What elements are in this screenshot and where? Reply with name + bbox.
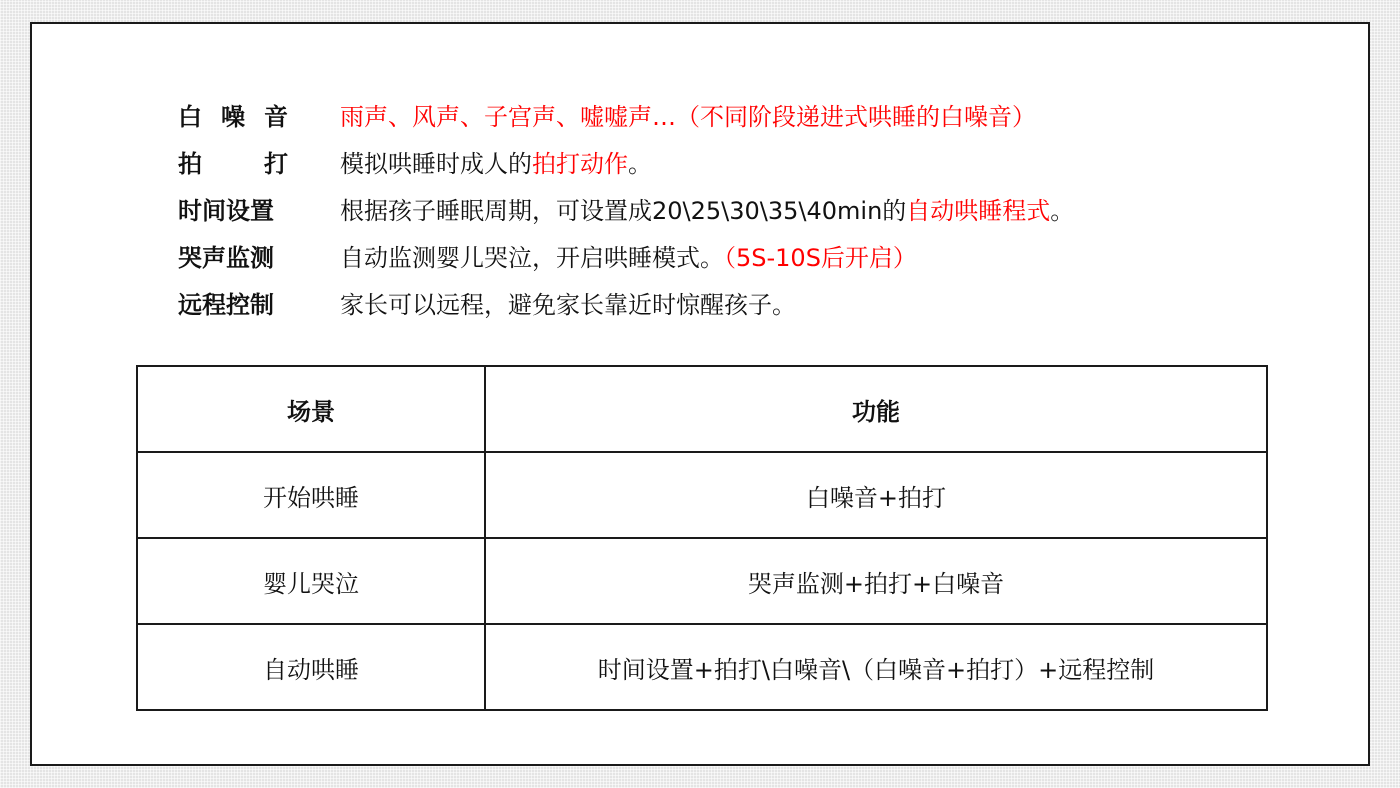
label-char: 打 — [264, 141, 288, 188]
highlight-text: 雨声、风声、子宫声、嘘嘘声…（不同阶段递进式哄睡的白噪音） — [340, 103, 1036, 131]
highlight-text: 自动哄睡程式 — [906, 197, 1050, 225]
table-row: 婴儿哭泣 哭声监测+拍打+白噪音 — [137, 538, 1267, 624]
feature-label: 远程控制 — [178, 282, 340, 329]
cell-function: 时间设置+拍打\白噪音\（白噪音+拍打）+远程控制 — [485, 624, 1267, 710]
feature-description: 模拟哄睡时成人的拍打动作。 — [340, 141, 652, 188]
feature-cry-detection: 哭声监测 自动监测婴儿哭泣，开启哄睡模式。（5S-10S后开启） — [178, 235, 1074, 282]
cell-function: 哭声监测+拍打+白噪音 — [485, 538, 1267, 624]
description-text: 自动监测婴儿哭泣，开启哄睡模式。 — [340, 244, 724, 272]
feature-description: 雨声、风声、子宫声、嘘嘘声…（不同阶段递进式哄睡的白噪音） — [340, 94, 1036, 141]
header-function: 功能 — [485, 366, 1267, 452]
feature-description: 家长可以远程，避免家长靠近时惊醒孩子。 — [340, 282, 796, 329]
label-char: 拍 — [178, 141, 202, 188]
description-text: 家长可以远程，避免家长靠近时惊醒孩子。 — [340, 291, 796, 319]
table-row: 自动哄睡 时间设置+拍打\白噪音\（白噪音+拍打）+远程控制 — [137, 624, 1267, 710]
feature-label: 白 噪 音 — [178, 94, 340, 141]
scene-function-table: 场景 功能 开始哄睡 白噪音+拍打 婴儿哭泣 哭声监测+拍打+白噪音 自动哄睡 … — [136, 365, 1268, 711]
feature-label: 时间设置 — [178, 188, 340, 235]
feature-timer: 时间设置 根据孩子睡眠周期，可设置成20\25\30\35\40min的自动哄睡… — [178, 188, 1074, 235]
feature-description: 根据孩子睡眠周期，可设置成20\25\30\35\40min的自动哄睡程式。 — [340, 188, 1074, 235]
feature-description: 自动监测婴儿哭泣，开启哄睡模式。（5S-10S后开启） — [340, 235, 917, 282]
label-char: 音 — [264, 94, 288, 141]
feature-list: 白 噪 音 雨声、风声、子宫声、嘘嘘声…（不同阶段递进式哄睡的白噪音） 拍 打 … — [178, 94, 1074, 329]
description-text: 根据孩子睡眠周期，可设置成20\25\30\35\40min的 — [340, 197, 906, 225]
feature-white-noise: 白 噪 音 雨声、风声、子宫声、嘘嘘声…（不同阶段递进式哄睡的白噪音） — [178, 94, 1074, 141]
description-text: 模拟哄睡时成人的 — [340, 150, 532, 178]
table-header-row: 场景 功能 — [137, 366, 1267, 452]
description-text: 。 — [1050, 197, 1074, 225]
highlight-text: （5S-10S后开启） — [724, 244, 917, 272]
highlight-text: 拍打动作 — [532, 150, 628, 178]
feature-remote-control: 远程控制 家长可以远程，避免家长靠近时惊醒孩子。 — [178, 282, 1074, 329]
feature-label: 拍 打 — [178, 141, 340, 188]
table-row: 开始哄睡 白噪音+拍打 — [137, 452, 1267, 538]
cell-scene: 开始哄睡 — [137, 452, 485, 538]
cell-function: 白噪音+拍打 — [485, 452, 1267, 538]
cell-scene: 自动哄睡 — [137, 624, 485, 710]
description-text: 。 — [628, 150, 652, 178]
header-scene: 场景 — [137, 366, 485, 452]
label-char: 白 — [178, 94, 202, 141]
slide-frame: 白 噪 音 雨声、风声、子宫声、嘘嘘声…（不同阶段递进式哄睡的白噪音） 拍 打 … — [30, 22, 1370, 766]
label-char: 噪 — [221, 94, 245, 141]
feature-patting: 拍 打 模拟哄睡时成人的拍打动作。 — [178, 141, 1074, 188]
feature-label: 哭声监测 — [178, 235, 340, 282]
cell-scene: 婴儿哭泣 — [137, 538, 485, 624]
